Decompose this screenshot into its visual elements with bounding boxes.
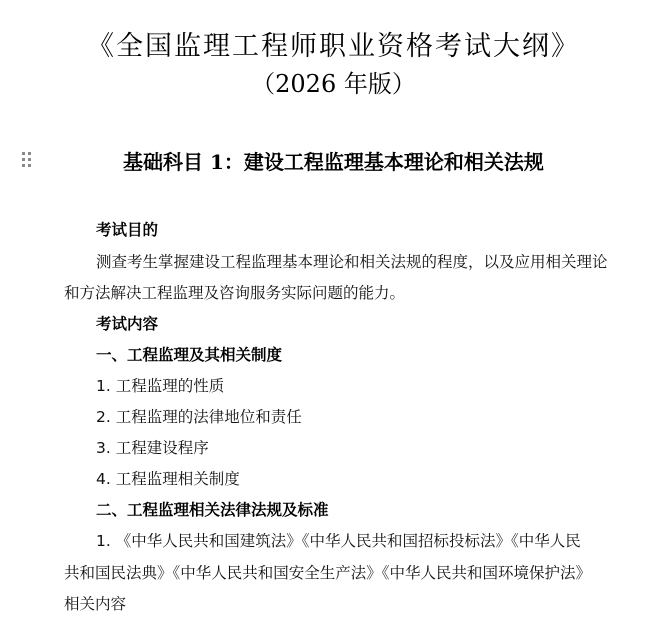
content-label: 考试内容 — [96, 312, 158, 334]
part-2-title: 二、工程监理相关法律法规及标准 — [96, 498, 329, 520]
purpose-label: 考试目的 — [96, 218, 158, 240]
purpose-text-line-1: 测查考生掌握建设工程监理基本理论和相关法规的程度，以及应用相关理论 — [96, 250, 608, 272]
part-2-item-line-3: 相关内容 — [64, 592, 126, 614]
document-subtitle: （2026 年版） — [0, 64, 667, 99]
part-1-title: 一、工程监理及其相关制度 — [96, 343, 282, 365]
document-title: 《全国监理工程师职业资格考试大纲》 — [0, 24, 667, 63]
part-1-item: 1. 工程监理的性质 — [96, 374, 224, 396]
part-1-item: 2. 工程监理的法律地位和责任 — [96, 405, 302, 427]
part-1-item: 4. 工程监理相关制度 — [96, 467, 240, 489]
part-2-item-line-2: 共和国民法典》《中华人民共和国安全生产法》《中华人民共和国环境保护法》 — [64, 561, 591, 583]
section-heading: 基础科目 1：建设工程监理基本理论和相关法规 — [0, 146, 667, 175]
part-2-item-line-1: 1. 《中华人民共和国建筑法》《中华人民共和国招标投标法》《中华人民 — [96, 529, 581, 551]
purpose-text-line-2: 和方法解决工程监理及咨询服务实际问题的能力。 — [64, 281, 405, 303]
part-1-item: 3. 工程建设程序 — [96, 436, 209, 458]
